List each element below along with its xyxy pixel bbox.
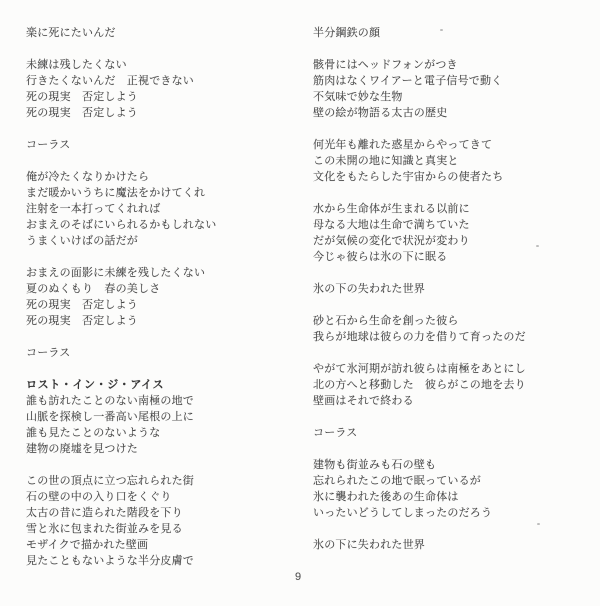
lyric-line: 死の現実 否定しよう (26, 313, 216, 329)
lyric-line: 筋肉はなくワイアーと電子信号で動く (313, 73, 526, 89)
lyrics-booklet-page: 楽に死にたいんだ未練は残したくない行きたくないんだ 正視できない死の現実 否定し… (0, 0, 600, 606)
blank-line (313, 345, 526, 361)
page-number: 9 (287, 569, 309, 585)
lyric-line: 俺が冷たくなりかけたら (26, 169, 216, 185)
lyric-line: 砂と石から生命を創った彼ら (313, 313, 526, 329)
lyric-line: 不気味で妙な生物 (313, 89, 526, 105)
lyric-line: 注射を一本打ってくれれば (26, 201, 216, 217)
lyric-line: コーラス (313, 425, 526, 441)
lyric-line: 未練は残したくない (26, 57, 216, 73)
blank-line (26, 153, 216, 169)
lyric-line: だが気候の変化で状況が変わり (313, 233, 526, 249)
lyric-line: 骸骨にはヘッドフォンがつき (313, 57, 526, 73)
blank-line (26, 41, 216, 57)
lyric-line: 氷の下に失われた世界 (313, 537, 526, 553)
lyric-line: まだ暖かいうちに魔法をかけてくれ (26, 185, 216, 201)
lyric-line: 氷の下の失われた世界 (313, 281, 526, 297)
blank-line (26, 329, 216, 345)
lyric-line: コーラス (26, 137, 216, 153)
lyric-line: うまくいけばの話だが (26, 233, 216, 249)
lyric-line: 石の壁の中の入り口をくぐり (26, 489, 216, 505)
lyric-line: 忘れられたこの地で眠っているが (313, 473, 526, 489)
blank-line (26, 457, 216, 473)
scan-speck (536, 245, 539, 247)
lyric-line: 楽に死にたいんだ (26, 25, 216, 41)
blank-line (313, 409, 526, 425)
lyric-line: 雪と氷に包まれた街並みを見る (26, 521, 216, 537)
blank-line (26, 249, 216, 265)
blank-line (313, 441, 526, 457)
lyric-line: 水から生命体が生まれる以前に (313, 201, 526, 217)
lyric-line: 文化をもたらした宇宙からの使者たち (313, 169, 526, 185)
blank-line (313, 297, 526, 313)
lyric-line: 北の方へと移動した 彼らがこの地を去り (313, 377, 526, 393)
scan-speck (440, 29, 443, 31)
lyrics-column-right: 半分鋼鉄の顔骸骨にはヘッドフォンがつき筋肉はなくワイアーと電子信号で動く不気味で… (313, 25, 526, 553)
lyric-line: いったいどうしてしまったのだろう (313, 505, 526, 521)
lyric-line: 建物も街並みも石の壁も (313, 457, 526, 473)
lyric-line: この世の頂点に立つ忘れられた街 (26, 473, 216, 489)
lyric-line: 夏のぬくもり 春の美しさ (26, 281, 216, 297)
lyric-line: 氷に襲われた後あの生命体は (313, 489, 526, 505)
lyric-line: おまえのそばにいられるかもしれない (26, 217, 216, 233)
blank-line (26, 361, 216, 377)
blank-line (313, 265, 526, 281)
lyric-line: 行きたくないんだ 正視できない (26, 73, 216, 89)
blank-line (313, 41, 526, 57)
lyric-line: モザイクで描かれた壁画 (26, 537, 216, 553)
lyric-line: 今じゃ彼らは氷の下に眠る (313, 249, 526, 265)
lyric-line: 建物の廃墟を見つけた (26, 441, 216, 457)
blank-line (313, 521, 526, 537)
lyric-line: 山脈を探検し一番高い尾根の上に (26, 409, 216, 425)
lyric-line: 何光年も離れた惑星からやってきて (313, 137, 526, 153)
lyric-line: 母なる大地は生命で満ちていた (313, 217, 526, 233)
lyric-line: 壁の絵が物語る太古の歴史 (313, 105, 526, 121)
lyrics-column-left: 楽に死にたいんだ未練は残したくない行きたくないんだ 正視できない死の現実 否定し… (26, 25, 216, 569)
lyric-line: 半分鋼鉄の顔 (313, 25, 526, 41)
lyric-line: 我らが地球は彼らの力を借りて育ったのだ (313, 329, 526, 345)
lyric-line: 誰も見たことのないような (26, 425, 216, 441)
song-title: ロスト・イン・ジ・アイス (26, 377, 216, 393)
lyric-line: 死の現実 否定しよう (26, 89, 216, 105)
lyric-line: 壁画はそれで終わる (313, 393, 526, 409)
lyric-line: やがて氷河期が訪れ彼らは南極をあとにし (313, 361, 526, 377)
lyric-line: 誰も訪れたことのない南極の地で (26, 393, 216, 409)
lyric-line: 太古の昔に造られた階段を下り (26, 505, 216, 521)
scan-speck (537, 523, 540, 525)
blank-line (26, 121, 216, 137)
lyric-line: コーラス (26, 345, 216, 361)
lyric-line: おまえの面影に未練を残したくない (26, 265, 216, 281)
lyric-line: 死の現実 否定しよう (26, 297, 216, 313)
lyric-line: この未開の地に知識と真実と (313, 153, 526, 169)
lyric-line: 見たこともないような半分皮膚で (26, 553, 216, 569)
lyric-line: 死の現実 否定しよう (26, 105, 216, 121)
blank-line (313, 185, 526, 201)
blank-line (313, 121, 526, 137)
